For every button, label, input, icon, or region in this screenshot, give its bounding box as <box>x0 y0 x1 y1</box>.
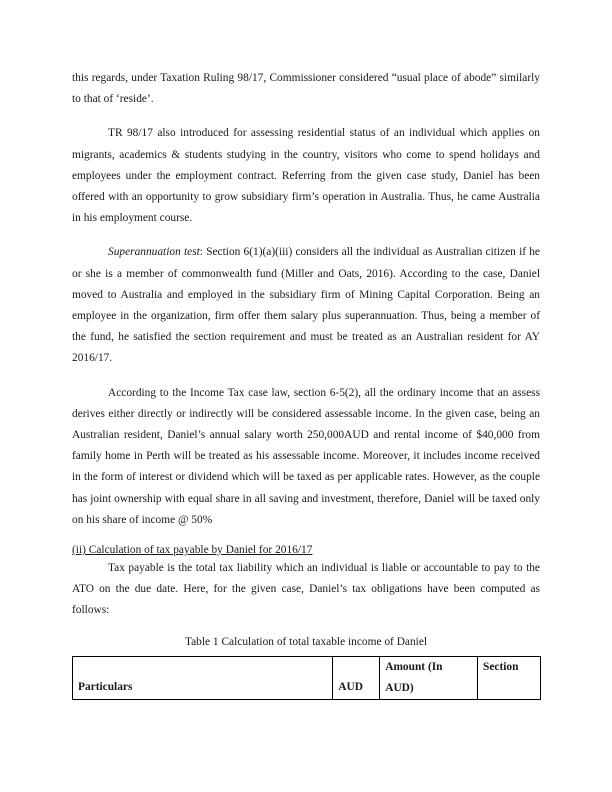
paragraph-abode: this regards, under Taxation Ruling 98/1… <box>72 68 540 110</box>
table-caption: Table 1 Calculation of total taxable inc… <box>72 634 540 650</box>
paragraph-income-tax: According to the Income Tax case law, se… <box>72 383 540 531</box>
section-paragraph: Tax payable is the total tax liability w… <box>72 558 540 622</box>
header-section: Section <box>478 656 541 699</box>
paragraph-tr9817: TR 98/17 also introduced for assessing r… <box>72 123 540 229</box>
header-amount: Amount (In AUD) <box>380 656 478 699</box>
section-heading: (ii) Calculation of tax payable by Danie… <box>72 542 540 558</box>
table-header-row: Particulars AUD Amount (In AUD) Section <box>73 656 541 699</box>
document-page: this regards, under Taxation Ruling 98/1… <box>72 68 540 700</box>
superannuation-text: : Section 6(1)(a)(iii) considers all the… <box>72 246 540 364</box>
paragraph-superannuation: Superannuation test: Section 6(1)(a)(iii… <box>72 242 540 369</box>
taxable-income-table: Particulars AUD Amount (In AUD) Section <box>72 656 541 700</box>
superannuation-test-label: Superannuation test <box>108 246 200 258</box>
header-particulars: Particulars <box>73 656 333 699</box>
header-aud: AUD <box>333 656 380 699</box>
